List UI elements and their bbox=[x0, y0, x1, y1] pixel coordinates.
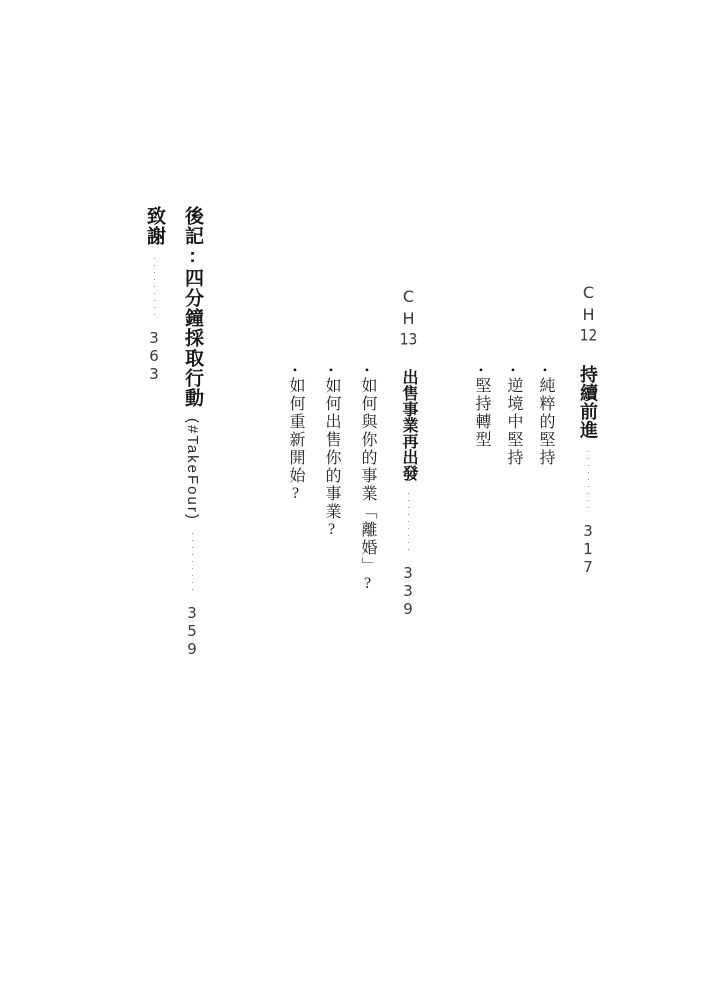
afterword-title: 後記:四分鐘採取行動 bbox=[182, 206, 203, 408]
chapter-12-item-3: 堅持轉型 bbox=[473, 377, 490, 449]
chapter-12-item-2: 逆境中堅持 bbox=[505, 377, 522, 467]
list-item: •如何與你的事業「離婚」? bbox=[349, 363, 385, 594]
chapter-13-item-3: 如何重新開始? bbox=[287, 377, 304, 504]
chapter-12-label: CH12 bbox=[579, 283, 598, 343]
chapter-13-label: CH13 bbox=[399, 287, 418, 347]
acknowledgements-title: 致謝 bbox=[144, 206, 165, 246]
acknowledgements-dot-leader: ········· bbox=[151, 256, 158, 319]
chapter-13-item-list: •如何與你的事業「離婚」? •如何出售你的事業? •如何重新開始? bbox=[277, 363, 385, 594]
chapter-13-item-2: 如何出售你的事業? bbox=[323, 377, 340, 540]
chapter-12-heading-column: CH12持續前進·········317 bbox=[572, 283, 604, 576]
chapter-12-title: 持續前進 bbox=[578, 365, 598, 439]
list-item: •純粹的堅持 bbox=[529, 363, 561, 467]
bullet-icon: • bbox=[474, 363, 488, 377]
chapter-13-dot-leader: ········· bbox=[405, 491, 412, 554]
chapter-12-item-1: 純粹的堅持 bbox=[537, 377, 554, 467]
bullet-icon: • bbox=[288, 363, 302, 377]
afterword-dot-leader: ········· bbox=[189, 531, 196, 594]
list-item: •如何重新開始? bbox=[277, 363, 313, 594]
afterword-column: 後記:四分鐘採取行動(#TakeFour)·········359 bbox=[176, 206, 208, 658]
afterword-page-number: 359 bbox=[183, 604, 201, 658]
chapter-13-item-1: 如何與你的事業「離婚」? bbox=[359, 377, 376, 594]
afterword-hashtag: (#TakeFour) bbox=[184, 418, 201, 521]
bullet-icon: • bbox=[506, 363, 520, 377]
acknowledgements-column: 致謝·········363 bbox=[138, 206, 170, 383]
chapter-12-label-prefix: CH bbox=[579, 283, 598, 327]
acknowledgements-page-number: 363 bbox=[145, 329, 163, 383]
chapter-13-label-prefix: CH bbox=[399, 287, 418, 331]
chapter-12-page-number: 317 bbox=[579, 522, 597, 576]
list-item: •堅持轉型 bbox=[465, 363, 497, 467]
chapter-13-label-number: 13 bbox=[399, 331, 418, 347]
chapter-12-item-list: •純粹的堅持 •逆境中堅持 •堅持轉型 bbox=[465, 363, 561, 467]
bullet-icon: • bbox=[538, 363, 552, 377]
bullet-icon: • bbox=[360, 363, 374, 377]
chapter-12-label-number: 12 bbox=[579, 327, 598, 343]
list-item: •如何出售你的事業? bbox=[313, 363, 349, 594]
toc-page: CH12持續前進·········317 •純粹的堅持 •逆境中堅持 •堅持轉型… bbox=[0, 0, 711, 1000]
chapter-13-page-number: 339 bbox=[399, 564, 417, 618]
chapter-12-dot-leader: ········· bbox=[585, 449, 592, 512]
chapter-13-title: 出售事業再出發 bbox=[400, 369, 417, 481]
chapter-13-heading-column: CH13出售事業再出發·········339 bbox=[392, 287, 424, 618]
bullet-icon: • bbox=[324, 363, 338, 377]
list-item: •逆境中堅持 bbox=[497, 363, 529, 467]
